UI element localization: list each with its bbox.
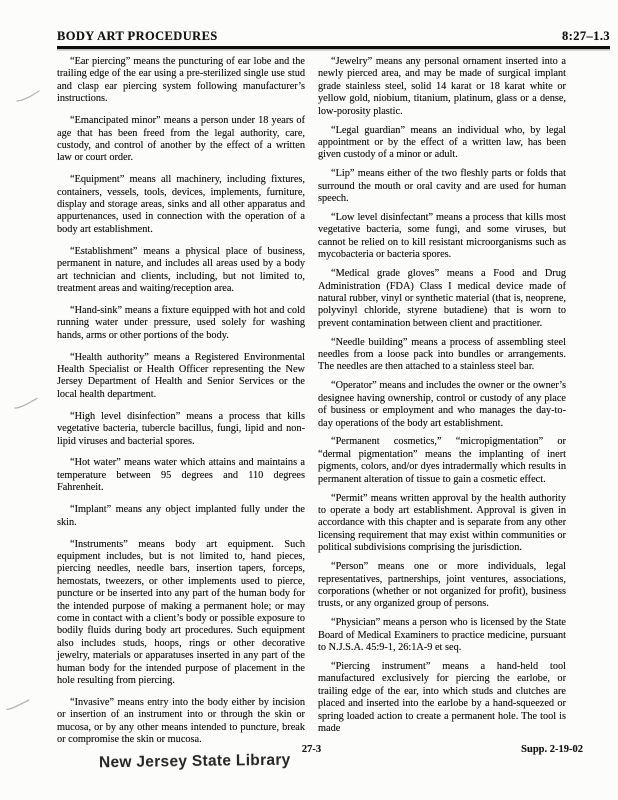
definition-paragraph: “Hand-sink” means a fixture equipped wit… (57, 305, 305, 342)
definitions-body: “Ear piercing” means the puncturing of e… (57, 56, 566, 747)
document-title: BODY ART PROCEDURES (57, 29, 218, 44)
definition-paragraph: “Physician” means a person who is licens… (318, 617, 566, 654)
document-page: BODY ART PROCEDURES 8:27–1.3 “Ear pierci… (0, 0, 618, 800)
definition-paragraph: “Operator” means and includes the owner … (318, 380, 566, 430)
definition-paragraph: “Implant” means any object implanted ful… (57, 504, 305, 529)
header-rule (57, 46, 610, 49)
page-header: BODY ART PROCEDURES 8:27–1.3 (57, 29, 610, 44)
definition-paragraph: “Invasive” means entry into the body eit… (57, 697, 305, 747)
definition-paragraph: “High level disinfection” means a proces… (57, 411, 305, 448)
definition-paragraph: “Legal guardian” means an individual who… (318, 125, 566, 162)
definition-paragraph: “Ear piercing” means the puncturing of e… (57, 56, 305, 106)
definition-paragraph: “Lip” means either of the two fleshly pa… (318, 168, 566, 205)
definition-paragraph: “Instruments” means body art equipment. … (57, 539, 305, 688)
right-column: “Jewelry” means any personal ornament in… (318, 56, 566, 747)
definition-paragraph: “Medical grade gloves” means a Food and … (318, 268, 566, 330)
pencil-checkmark-icon (6, 698, 30, 711)
definition-paragraph: “Health authority” means a Registered En… (57, 352, 305, 402)
definition-paragraph: “Person” means one or more individuals, … (318, 561, 566, 611)
definition-paragraph: “Permanent cosmetics,” “micropigmentatio… (318, 436, 566, 486)
library-stamp: New Jersey State Library (99, 752, 291, 773)
definition-paragraph: “Needle building” means a process of ass… (318, 337, 566, 374)
definition-paragraph: “Piercing instrument” means a hand-held … (318, 661, 566, 735)
pencil-checkmark-icon (14, 397, 38, 410)
pencil-checkmark-icon (16, 90, 40, 103)
definition-paragraph: “Jewelry” means any personal ornament in… (318, 56, 566, 118)
section-number: 8:27–1.3 (562, 29, 610, 44)
left-column: “Ear piercing” means the puncturing of e… (57, 56, 305, 747)
definition-paragraph: “Low level disinfectant” means a process… (318, 212, 566, 262)
definition-paragraph: “Permit” means written approval by the h… (318, 493, 566, 555)
definition-paragraph: “Establishment” means a physical place o… (57, 246, 305, 296)
definition-paragraph: “Equipment” means all machinery, includi… (57, 174, 305, 236)
supplement-date: Supp. 2-19-02 (521, 744, 583, 755)
definition-paragraph: “Hot water” means water which attains an… (57, 457, 305, 494)
definition-paragraph: “Emancipated minor” means a person under… (57, 115, 305, 165)
